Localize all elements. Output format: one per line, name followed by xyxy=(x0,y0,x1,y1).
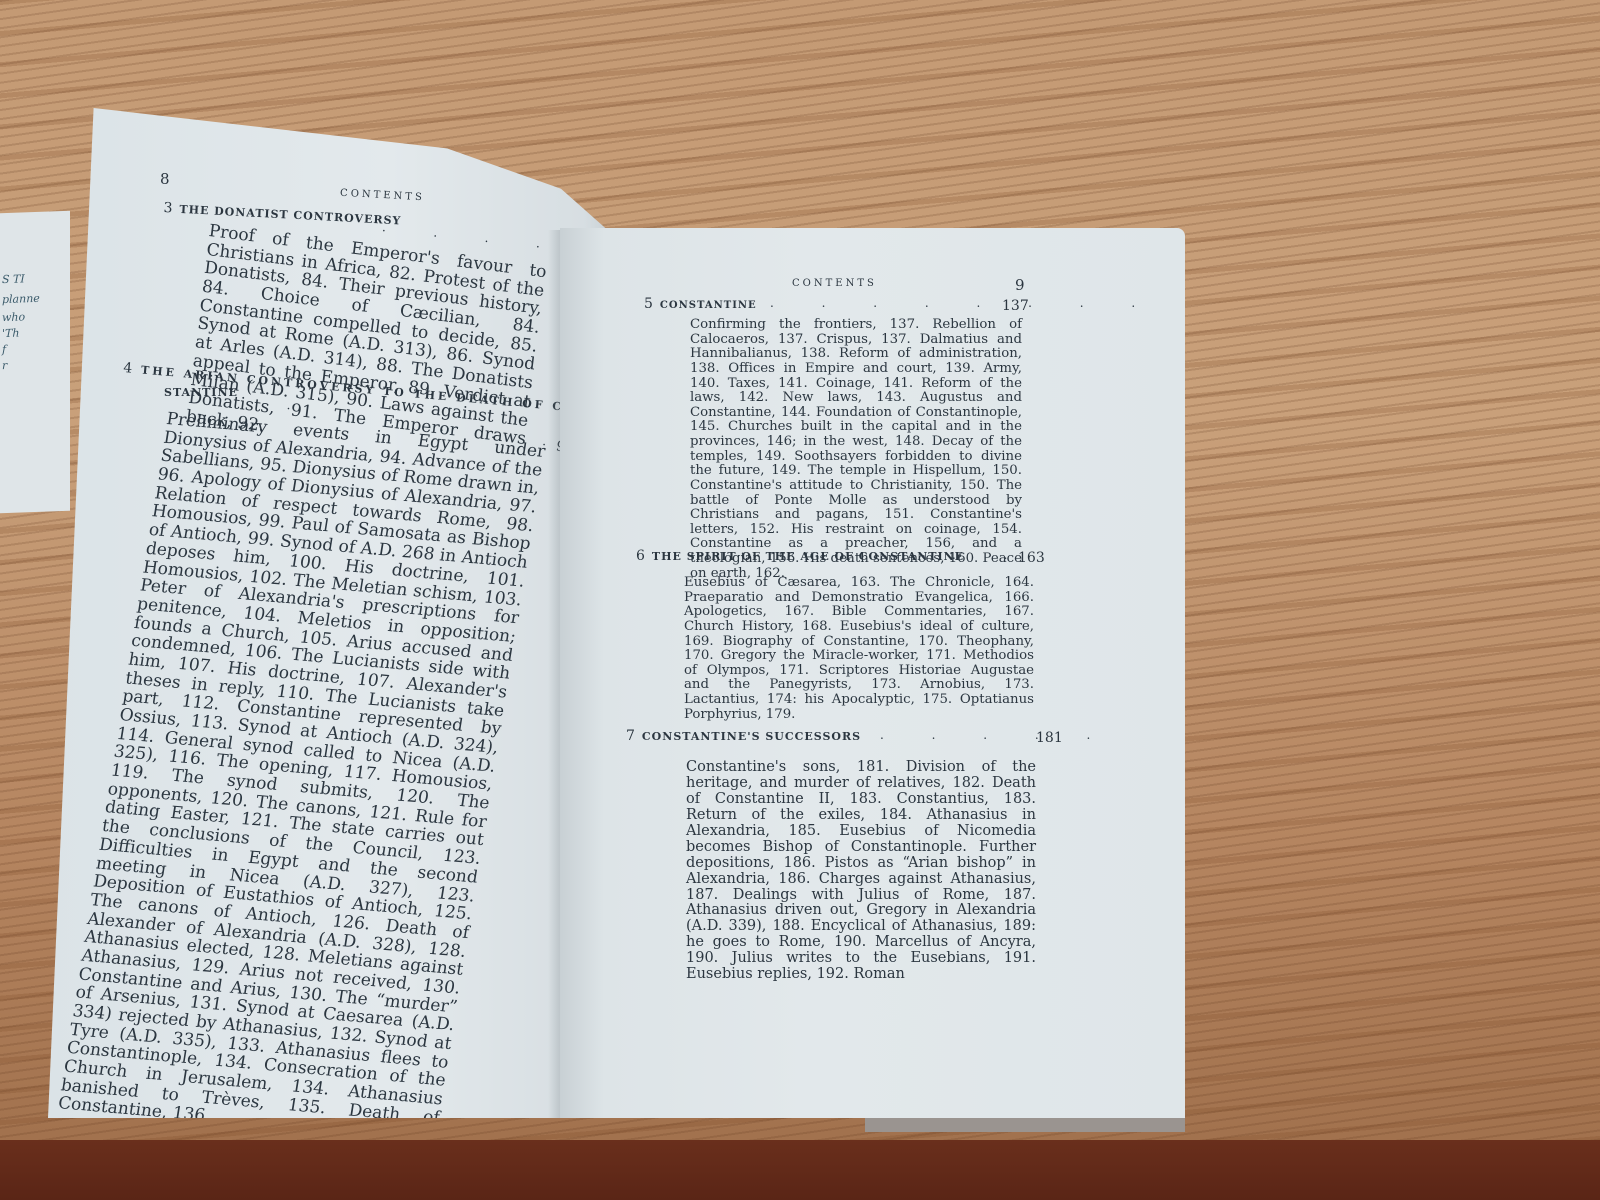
chapter-summary: Preliminary events in Egypt under Dionys… xyxy=(57,410,547,1146)
chapter-title-continued: STANTINE xyxy=(164,386,238,399)
chapter-page: 137 xyxy=(1002,298,1029,314)
fragment: r xyxy=(2,359,7,372)
right-page: CONTENTS 9 5CONSTANTINE . . . . . . . . … xyxy=(560,228,1185,1118)
underlying-page: S TI planne who 'Th f r xyxy=(0,211,70,513)
chapter-number: 6 xyxy=(636,548,646,564)
chapter-title: THE SPIRIT OF THE AGE OF CONSTANTINE xyxy=(652,550,964,563)
page-block-edge xyxy=(865,1118,1185,1132)
fragment: 'Th xyxy=(2,327,19,341)
chapter-heading: 5CONSTANTINE xyxy=(644,296,757,312)
chapter-heading: 7CONSTANTINE'S SUCCESSORS xyxy=(626,728,861,744)
chapter-summary: Constantine's sons, 181. Division of the… xyxy=(686,760,1036,983)
table-edge xyxy=(0,1140,1600,1200)
left-page: 8 CONTENTS 3THE DONATIST CONTROVERSY . .… xyxy=(48,108,618,1118)
running-head: CONTENTS xyxy=(792,278,877,289)
chapter-title: CONSTANTINE'S SUCCESSORS xyxy=(642,730,861,743)
chapter-summary: Confirming the frontiers, 137. Rebellion… xyxy=(690,318,1022,581)
chapter-page: 181 xyxy=(1036,730,1063,746)
fragment: f xyxy=(2,343,6,356)
chapter-summary: Eusebius of Cæsarea, 163. The Chronicle,… xyxy=(684,576,1034,722)
chapter-number: 7 xyxy=(626,728,636,744)
chapter-title: CONSTANTINE xyxy=(660,300,757,311)
chapter-heading: 3THE DONATIST CONTROVERSY xyxy=(163,200,402,228)
running-head: CONTENTS xyxy=(340,188,425,203)
dot-leader: . . . . . xyxy=(880,728,1112,742)
chapter-number: 3 xyxy=(163,200,174,216)
fragment: who xyxy=(2,310,25,324)
page-number: 8 xyxy=(160,170,170,188)
chapter-number: 4 xyxy=(123,360,136,377)
chapter-page: 163 xyxy=(1018,550,1045,566)
chapter-heading: 6THE SPIRIT OF THE AGE OF CONSTANTINE xyxy=(636,548,964,564)
fragment: planne xyxy=(2,292,40,306)
chapter-number: 5 xyxy=(644,296,654,312)
dot-leader: . . . . . . . . xyxy=(770,296,1157,310)
fragment: S TI xyxy=(2,272,25,286)
page-number: 9 xyxy=(1015,276,1025,294)
